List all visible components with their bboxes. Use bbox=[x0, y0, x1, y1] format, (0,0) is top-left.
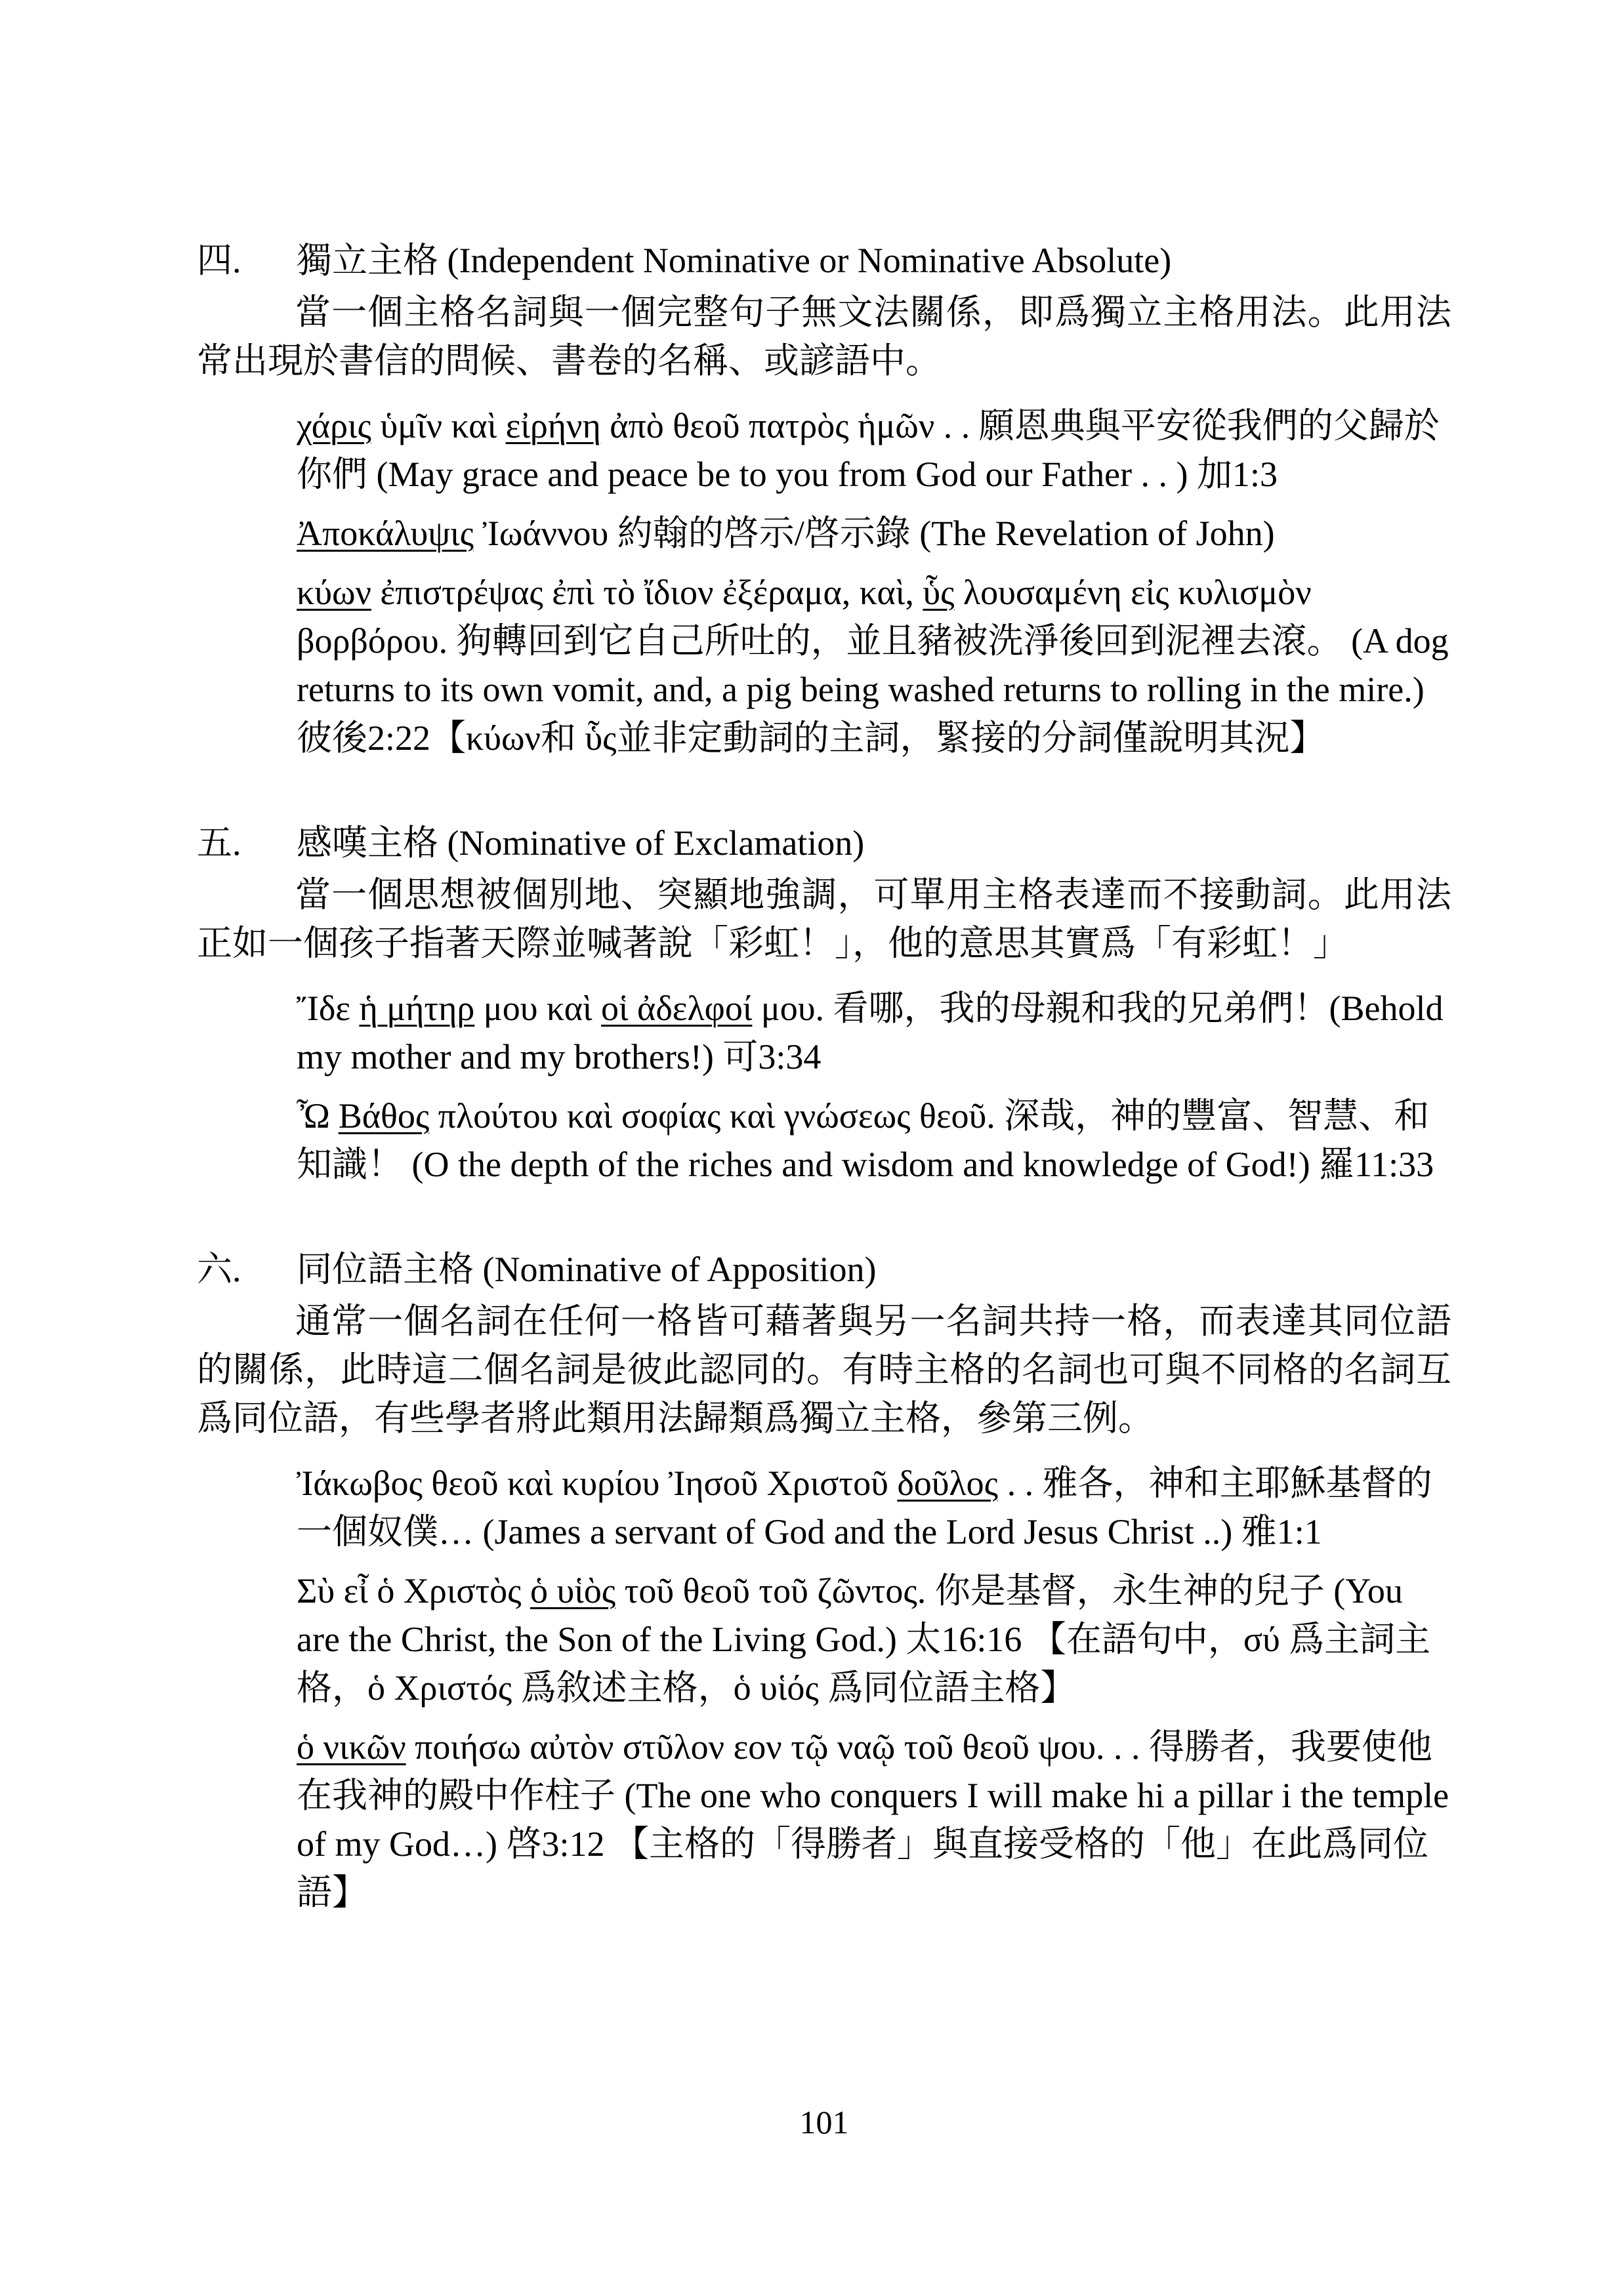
document-page: 四.獨立主格 (Independent Nominative or Nomina… bbox=[0, 0, 1624, 2296]
page-body: 四.獨立主格 (Independent Nominative or Nomina… bbox=[197, 236, 1451, 1917]
underlined-term: εἰρήνη bbox=[506, 406, 601, 445]
underlined-term: ὁ υἱὸς bbox=[530, 1571, 615, 1610]
example-text: Ἰάκωβος θεοῦ καὶ κυρίου Ἰησοῦ Χριστοῦ bbox=[297, 1464, 897, 1503]
section-nominative-of-apposition: 六.同位語主格 (Nominative of Apposition) 通常一個名… bbox=[197, 1245, 1451, 1917]
section-intro: 通常一個名詞在任何一格皆可藉著與另一名詞共持一格，而表達其同位語的關係，此時這二… bbox=[197, 1297, 1451, 1443]
section-title: 獨立主格 (Independent Nominative or Nominati… bbox=[297, 241, 1171, 280]
section-title: 感嘆主格 (Nominative of Exclamation) bbox=[297, 823, 864, 863]
section-nominative-of-exclamation: 五.感嘆主格 (Nominative of Exclamation) 當一個思想… bbox=[197, 819, 1451, 1189]
greek-example: Ἀποκάλυψις Ἰωάννου 約翰的啓示/啓示錄 (The Revela… bbox=[297, 509, 1451, 558]
example-text: Σὺ εἶ ὁ Χριστὸς bbox=[297, 1571, 530, 1610]
underlined-term: οἱ ἀδελφοί bbox=[601, 989, 752, 1028]
greek-example: Ὦ Βάθος πλούτου καὶ σοφίας καὶ γνώσεως θ… bbox=[297, 1092, 1451, 1189]
greek-example: Ἴδε ἡ μήτηρ μου καὶ οἱ ἀδελφοί μου. 看哪，我… bbox=[297, 984, 1451, 1081]
section-number: 六. bbox=[197, 1245, 297, 1294]
section-heading: 四.獨立主格 (Independent Nominative or Nomina… bbox=[197, 236, 1451, 285]
underlined-term: κύων bbox=[297, 573, 371, 612]
underlined-term: δοῦλος bbox=[897, 1464, 998, 1503]
example-text: ἐπιστρέψας ἐπὶ τὸ ἴδιον ἐξέραμα, καὶ, bbox=[371, 573, 923, 612]
greek-example: Ἰάκωβος θεοῦ καὶ κυρίου Ἰησοῦ Χριστοῦ δο… bbox=[297, 1459, 1451, 1556]
greek-example: χάρις ὑμῖν καὶ εἰρήνη ἀπὸ θεοῦ πατρὸς ἡμ… bbox=[297, 401, 1451, 499]
example-text: πλούτου καὶ σοφίας καὶ γνώσεως θεοῦ. 深哉，… bbox=[297, 1096, 1434, 1184]
section-heading: 五.感嘆主格 (Nominative of Exclamation) bbox=[197, 819, 1451, 867]
example-text: Ὦ bbox=[297, 1096, 339, 1136]
section-title: 同位語主格 (Nominative of Apposition) bbox=[297, 1250, 876, 1289]
section-intro: 當一個思想被個別地、突顯地強調，可單用主格表達而不接動詞。此用法正如一個孩子指著… bbox=[197, 871, 1451, 968]
section-intro: 當一個主格名詞與一個完整句子無文法關係，即爲獨立主格用法。此用法常出現於書信的問… bbox=[197, 288, 1451, 385]
underlined-term: Ἀποκάλυψις bbox=[297, 514, 474, 553]
underlined-term: ὁ νικῶν bbox=[297, 1727, 406, 1767]
section-number: 四. bbox=[197, 236, 297, 285]
example-text: μου καὶ bbox=[474, 989, 601, 1028]
underlined-term: χάρις bbox=[297, 406, 371, 445]
greek-example: ὁ νικῶν ποιήσω αὐτὸν στῦλον εον τῷ ναῷ τ… bbox=[297, 1723, 1451, 1917]
greek-example: Σὺ εἶ ὁ Χριστὸς ὁ υἱὸς τοῦ θεοῦ τοῦ ζῶντ… bbox=[297, 1567, 1451, 1712]
underlined-term: ὗς bbox=[923, 573, 954, 612]
underlined-term: ἡ μήτηρ bbox=[359, 989, 474, 1028]
page-number: 101 bbox=[197, 2102, 1451, 2142]
example-text: Ἰωάννου 約翰的啓示/啓示錄 (The Revelation of Joh… bbox=[474, 514, 1275, 553]
section-number: 五. bbox=[197, 819, 297, 867]
example-text: ποιήσω αὐτὸν στῦλον εον τῷ ναῷ τοῦ θεοῦ … bbox=[297, 1727, 1449, 1912]
section-independent-nominative: 四.獨立主格 (Independent Nominative or Nomina… bbox=[197, 236, 1451, 762]
section-heading: 六.同位語主格 (Nominative of Apposition) bbox=[197, 1245, 1451, 1294]
greek-example: κύων ἐπιστρέψας ἐπὶ τὸ ἴδιον ἐξέραμα, κα… bbox=[297, 568, 1451, 762]
underlined-term: Βάθος bbox=[339, 1096, 430, 1136]
example-text: ὑμῖν καὶ bbox=[371, 406, 506, 445]
example-text: Ἴδε bbox=[297, 989, 359, 1028]
